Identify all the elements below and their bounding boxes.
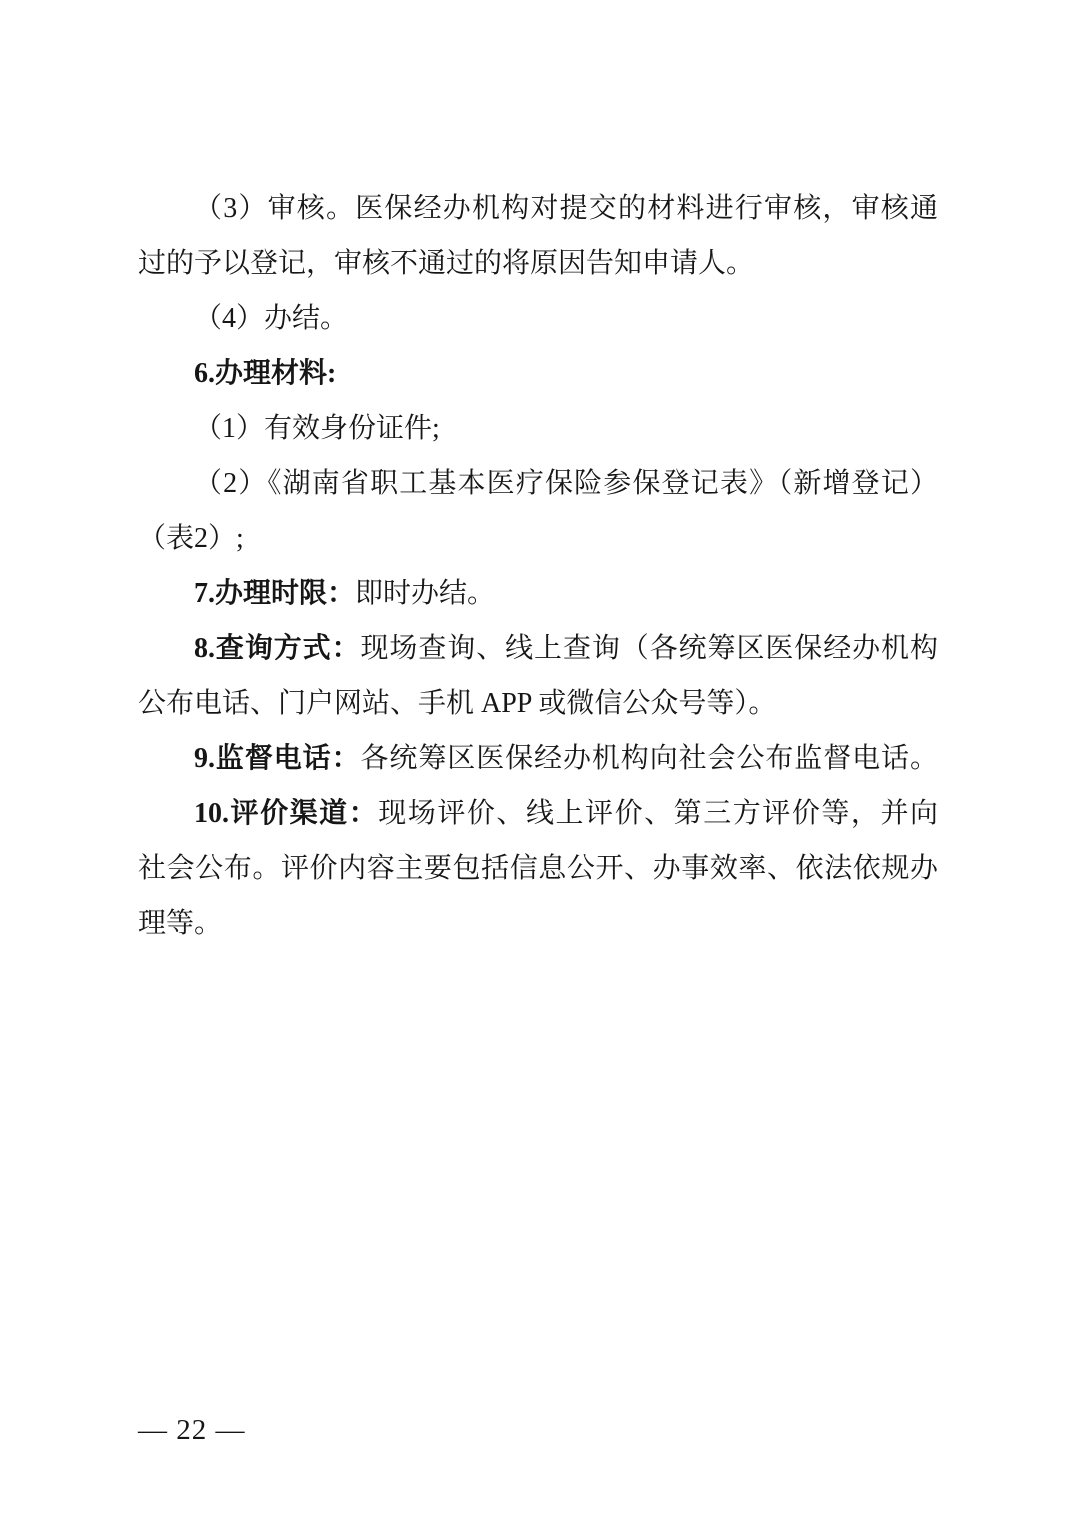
document-body: （3）审核。医保经办机构对提交的材料进行审核，审核通过的予以登记，审核不通过的将… xyxy=(138,181,938,951)
text-line: （表2）; xyxy=(138,511,938,566)
text-line: （4）办结。 xyxy=(138,291,938,346)
page-footer: — 22 — xyxy=(138,1412,246,1448)
line-text: 各统筹区医保经办机构向社会公布监督电话。 xyxy=(361,743,938,774)
text-line: （3）审核。医保经办机构对提交的材料进行审核，审核通 xyxy=(138,181,938,236)
page-number: — 22 — xyxy=(138,1414,246,1446)
line-text: 过的予以登记，审核不通过的将原因告知申请人。 xyxy=(138,248,754,279)
text-line: 9.监督电话：各统筹区医保经办机构向社会公布监督电话。 xyxy=(138,731,938,786)
line-text: （表2）; xyxy=(138,523,244,554)
line-text: 理等。 xyxy=(138,908,222,939)
text-line: 过的予以登记，审核不通过的将原因告知申请人。 xyxy=(138,236,938,291)
line-head: 8.查询方式： xyxy=(194,633,361,664)
text-line: 理等。 xyxy=(138,896,938,951)
line-text: 社会公布。评价内容主要包括信息公开、办事效率、依法依规办 xyxy=(138,853,938,884)
text-line: （1）有效身份证件; xyxy=(138,401,938,456)
line-head: 6.办理材料: xyxy=(194,358,336,389)
text-line: 6.办理材料: xyxy=(138,346,938,401)
line-head: 10.评价渠道： xyxy=(194,798,378,829)
line-text: （3）审核。医保经办机构对提交的材料进行审核，审核通 xyxy=(194,193,938,224)
text-line: 社会公布。评价内容主要包括信息公开、办事效率、依法依规办 xyxy=(138,841,938,896)
text-line: 8.查询方式：现场查询、线上查询（各统筹区医保经办机构 xyxy=(138,621,938,676)
line-text: 现场查询、线上查询（各统筹区医保经办机构 xyxy=(361,633,938,664)
line-text: （1）有效身份证件; xyxy=(194,413,440,444)
line-head: 7.办理时限： xyxy=(194,578,355,609)
text-line: 7.办理时限：即时办结。 xyxy=(138,566,938,621)
line-head: 9.监督电话： xyxy=(194,743,361,774)
line-text: 即时办结。 xyxy=(355,578,495,609)
text-line: 公布电话、门户网站、手机 APP 或微信公众号等）。 xyxy=(138,676,938,731)
text-line: （2）《湖南省职工基本医疗保险参保登记表》（新增登记） xyxy=(138,456,938,511)
line-text: （2）《湖南省职工基本医疗保险参保登记表》（新增登记） xyxy=(194,468,938,499)
line-text: （4）办结。 xyxy=(194,303,348,334)
text-line: 10.评价渠道：现场评价、线上评价、第三方评价等，并向 xyxy=(138,786,938,841)
document-page: （3）审核。医保经办机构对提交的材料进行审核，审核通过的予以登记，审核不通过的将… xyxy=(0,0,1074,1520)
line-text: 公布电话、门户网站、手机 APP 或微信公众号等）。 xyxy=(138,688,776,719)
line-text: 现场评价、线上评价、第三方评价等，并向 xyxy=(378,798,938,829)
